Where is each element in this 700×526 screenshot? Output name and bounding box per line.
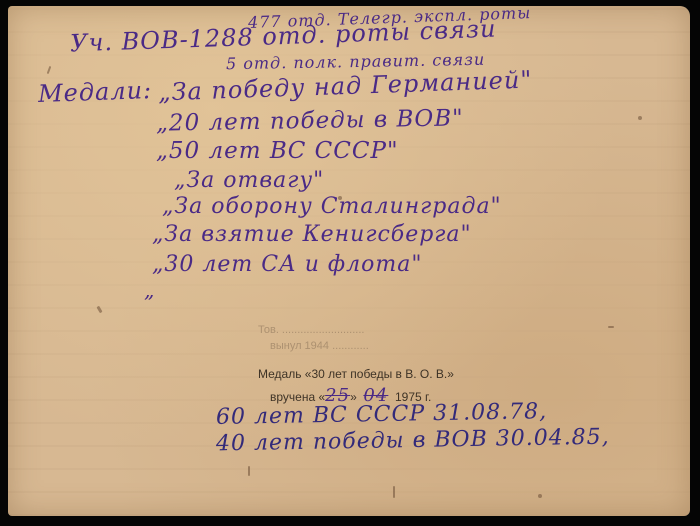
stray-quote-mark: „ <box>144 278 155 302</box>
paper-fleck <box>393 486 395 498</box>
medal-item: „За победу над Германией" <box>158 65 533 106</box>
addition-line: 40 лет победы в ВОВ 30.04.85, <box>216 425 610 457</box>
medal-item: „30 лет СА и флота" <box>152 252 423 277</box>
medal-item: „За оборону Сталинграда" <box>162 194 502 219</box>
paper-fleck <box>96 306 102 314</box>
faded-printed-line: Тов. ........................... <box>258 324 364 336</box>
medals-label: Медали: <box>38 76 153 108</box>
document-card: 477 отд. Телегр. экспл. роты Уч. ВОВ-128… <box>8 6 690 516</box>
addition-line: 60 лет ВС СССР 31.08.78, <box>216 399 548 430</box>
paper-fleck <box>248 466 250 476</box>
medal-item: „50 лет ВС СССР" <box>156 138 399 164</box>
paper-fleck <box>608 326 614 328</box>
paper-fleck <box>47 66 52 74</box>
paper-fleck <box>538 494 542 498</box>
medal-item: „За взятие Кенигсберга" <box>152 222 472 247</box>
printed-award-title: Медаль «30 лет победы в В. О. В.» <box>258 367 454 381</box>
medal-item: „20 лет победы в ВОВ" <box>156 105 464 136</box>
paper-fleck <box>638 116 642 120</box>
faded-printed-line: вынул 1944 ............ <box>270 340 369 352</box>
medal-item: „За отвагу" <box>174 168 324 193</box>
awarded-label: вручена « <box>270 390 325 404</box>
